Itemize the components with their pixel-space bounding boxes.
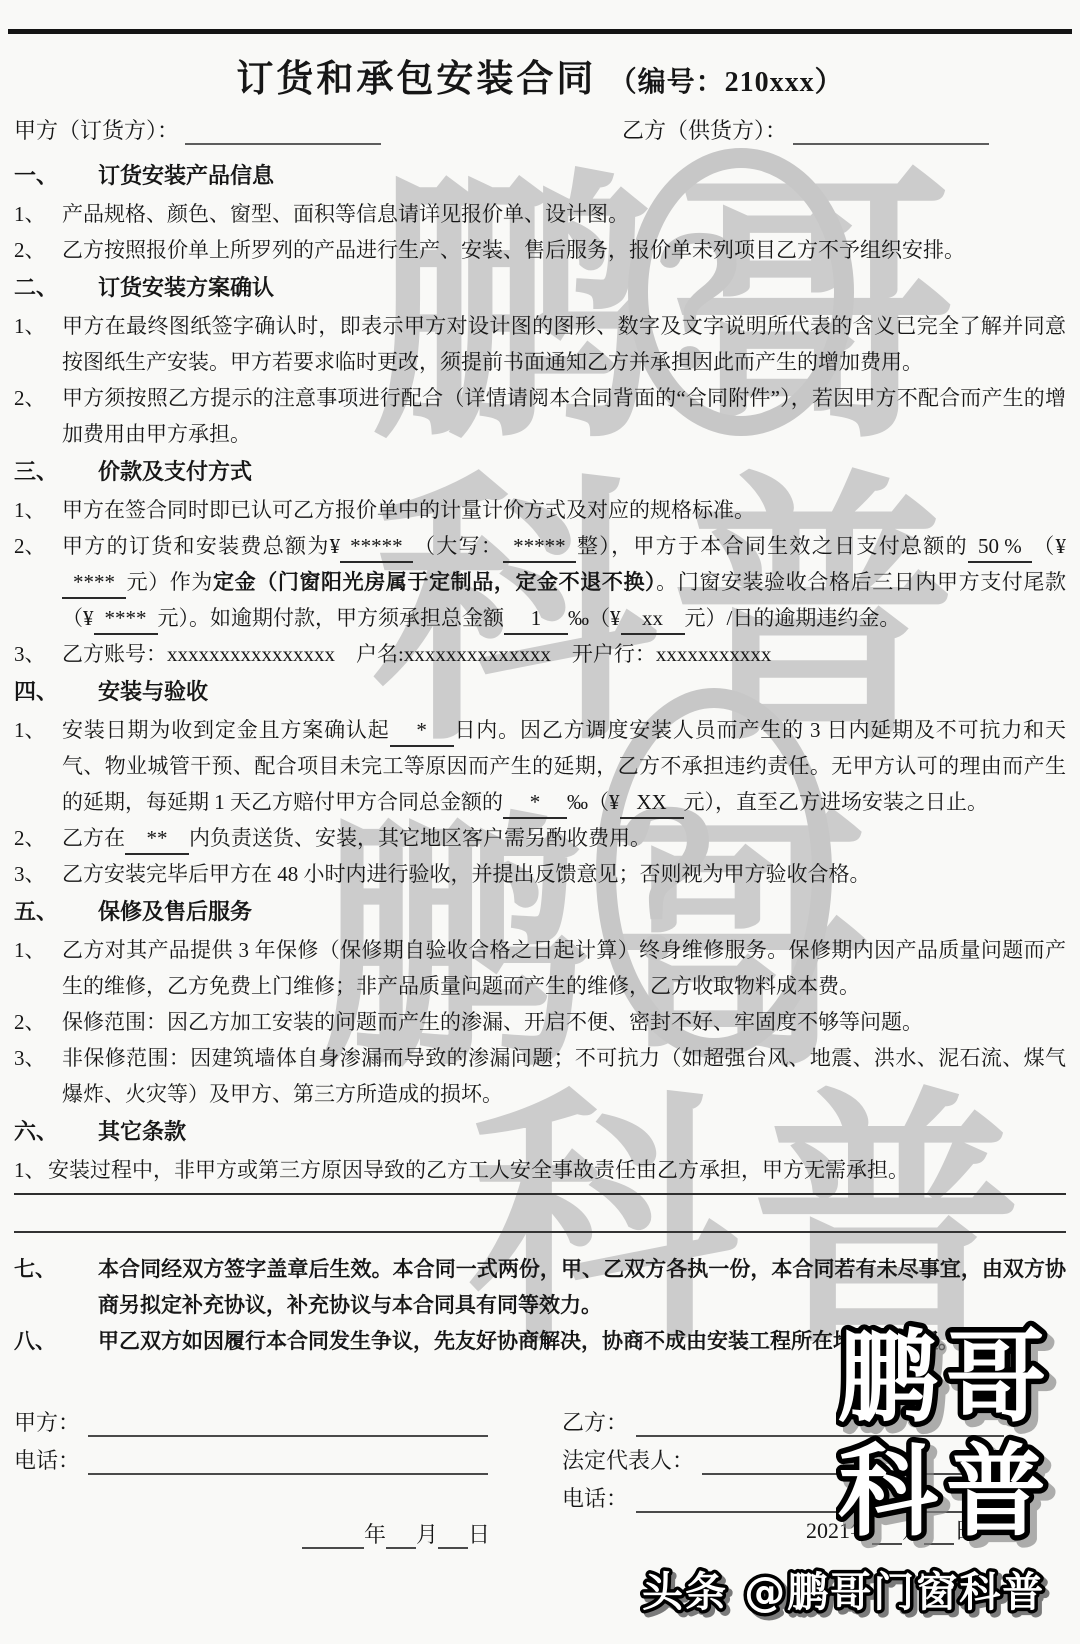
title-text: 订货和承包安装合同 [236,59,596,100]
clause: 2、甲方的订货和安装费总额为¥*****（大写：*****整），甲方于本合同生效… [14,528,1066,636]
clause-text: 元）/日的逾期违约金。 [685,606,901,630]
clause-text: 甲方在最终图纸签字确认时，即表示甲方对设计图的图形、数字及文字说明所代表的含义已… [62,314,1066,374]
section-heading-5: 五、保修及售后服务 [14,892,1066,932]
section-title: 订货安装产品信息 [98,163,274,188]
clause-text: 乙方按照报价单上所罗列的产品进行生产、安装、售后服务，报价单未列项目乙方不予组织… [62,238,965,262]
section-title: 订货安装方案确认 [98,275,274,300]
clause-number: 3、 [14,1040,46,1076]
section-heading-3: 三、价款及支付方式 [14,452,1066,492]
clause-closing: 七、本合同经双方签字盖章后生效。本合同一式两份，甲、乙双方各执一份，本合同若有未… [14,1251,1066,1323]
clause: 2、保修范围：因乙方加工安装的问题而产生的渗漏、开启不便、密封不好、牢固度不够等… [14,1004,1066,1040]
contract-number: （编号：210xxx） [609,67,844,98]
clause-text: （大写： [413,534,504,558]
party-line: 甲方（订货方）： 乙方（供货方）： [14,110,1066,156]
clause: 2、乙方按照报价单上所罗列的产品进行生产、安装、售后服务，报价单未列项目乙方不予… [14,232,1066,268]
fill-in-blank: **** [62,567,126,599]
clause-text: 甲方须按照乙方提示的注意事项进行配合（详情请阅本合同背面的“合同附件”），若因甲… [62,386,1066,446]
clause-text: 产品规格、颜色、窗型、面积等信息请详见报价单、设计图。 [62,202,629,226]
clause: 3、乙方账号：xxxxxxxxxxxxxxxx 户名:xxxxxxxxxxxxx… [14,636,1066,672]
section-number: 一、 [14,156,98,196]
clause-text: 甲方在签合同时即已认可乙方报价单中的计量计价方式及对应的规格标准。 [62,498,755,522]
section-number: 四、 [14,672,98,712]
party-a-blank [185,117,381,145]
clause-number: 1、 [14,196,46,232]
clause-text: ‰（¥ [568,606,621,630]
brand-watermark-svg: 鹏哥 科普 [836,1314,1050,1556]
clause: 1、安装日期为收到定金且方案确认起*日内。因乙方调度安装人员而产生的 3 日内延… [14,712,1066,820]
section-heading-6: 六、其它条款 [14,1112,1066,1152]
clause-text: 乙方安装完毕后甲方在 48 小时内进行验收，并提出反馈意见；否则视为甲方验收合格… [62,862,871,886]
clause-text: 甲方的订货和安装费总额为¥ [62,534,340,558]
footer-watermark: 头条 @鹏哥门窗科普 [640,1562,1072,1625]
party-a-date-field: 年月日 [302,1518,490,1549]
party-a-field: 甲方（订货方）： [14,114,381,145]
clause-text: 甲乙双方如因履行本合同发生争议，先友好协商解决，协商不成由安装工程所在地法院处理… [98,1329,959,1353]
clause-text: 乙方在 [62,826,125,850]
section-heading-4: 四、安装与验收 [14,672,1066,712]
section-title: 价款及支付方式 [98,459,252,484]
section-number: 五、 [14,892,98,932]
section-title: 其它条款 [98,1119,186,1144]
clause-number: 3、 [14,636,46,672]
day-label: 日 [468,1522,490,1547]
brand-watermark: 鹏哥 科普 [836,1314,1050,1561]
clause-text: （¥ [1032,534,1066,558]
party-a-signature-field: 甲方： [14,1406,488,1437]
section-heading-2: 二、订货安装方案确认 [14,268,1066,308]
clause-number: 八、 [14,1323,56,1359]
clause-text: 乙方对其产品提供 3 年保修（保修期自验收合格之日起计算）终身维修服务。保修期内… [62,938,1066,998]
date-blank [386,1523,416,1549]
clause-text: 元）。如逾期付款，甲方须承担总金额 [158,606,505,630]
clause-text: 整），甲方于本合同生效之日支付总额的 [576,534,968,558]
footer-watermark-text: 头条 @鹏哥门窗科普 [642,1568,1045,1616]
fill-in-blank: **** [94,603,158,635]
fill-in-blank: ** [125,823,189,855]
party-a-phone-field: 电话： [14,1444,488,1475]
party-b-phone-label: 电话： [562,1486,628,1511]
party-a-phone-blank [88,1447,488,1475]
party-b-blank [793,117,989,145]
clause-number: 2、 [14,1004,46,1040]
clause: 1、甲方在签合同时即已认可乙方报价单中的计量计价方式及对应的规格标准。 [14,492,1066,528]
fill-in-blank: * [390,715,454,747]
section-number: 三、 [14,452,98,492]
section-title: 保修及售后服务 [98,899,252,924]
contract-title: 订货和承包安装合同 （编号：210xxx） [14,48,1066,102]
section-title: 安装与验收 [98,679,208,704]
clause-number: 七、 [14,1251,56,1287]
watermark-line1: 鹏哥 [838,1319,1050,1436]
section-number: 二、 [14,268,98,308]
clause-text: 安装过程中，非甲方或第三方原因导致的乙方工人安全事故责任由乙方承担，甲方无需承担… [48,1158,909,1182]
year-label: 年 [364,1522,386,1547]
party-a-label: 甲方（订货方）： [14,118,179,143]
party-a-sign-blank [88,1409,488,1437]
clause: 1、甲方在最终图纸签字确认时，即表示甲方对设计图的图形、数字及文字说明所代表的含… [14,308,1066,380]
section-divider-line [14,1231,1066,1233]
footer-watermark-svg: 头条 @鹏哥门窗科普 [640,1562,1072,1620]
fill-in-blank: ***** [503,531,576,563]
top-border-line [8,29,1072,34]
clause-number: 2、 [14,820,46,856]
date-blank [438,1523,468,1549]
clause-text: 元），直至乙方进场安装之日止。 [684,790,989,814]
fill-in-blank: 1 [504,603,568,635]
section-heading-1: 一、订货安装产品信息 [14,156,1066,196]
clause-text: 内负责送货、安装，其它地区客户需另酌收费用。 [189,826,651,850]
clause: 1、乙方对其产品提供 3 年保修（保修期自验收合格之日起计算）终身维修服务。保修… [14,932,1066,1004]
section-number: 六、 [14,1112,98,1152]
contract-page: 鹏哥 科普 鹏哥 科普 ？ ？ 订货和承包安装合同 （编号：210xxx） 甲方… [0,0,1080,1644]
clause-number: 1、 [14,308,46,344]
clause-text: 元）作为 [126,570,213,594]
clause-text: 非保修范围：因建筑墙体自身渗漏而导致的渗漏问题；不可抗力（如超强台风、地震、洪水… [62,1046,1066,1106]
fill-in-blank: xx [621,603,685,635]
fill-in-blank: XX [620,787,684,819]
clause-underlined: 1、安装过程中，非甲方或第三方原因导致的乙方工人安全事故责任由乙方承担，甲方无需… [14,1152,1066,1195]
clause-number: 1、 [14,712,46,748]
party-a-phone-label: 电话： [14,1448,80,1473]
party-b-field: 乙方（供货方）： [622,114,989,145]
clause-text: 本合同经双方签字盖章后生效。本合同一式两份，甲、乙双方各执一份，本合同若有未尽事… [98,1257,1066,1317]
clause-number: 1、 [14,932,46,968]
clause-number: 2、 [14,380,46,416]
clause-text: 保修范围：因乙方加工安装的问题而产生的渗漏、开启不便、密封不好、牢固度不够等问题… [62,1010,923,1034]
contract-body: 订货和承包安装合同 （编号：210xxx） 甲方（订货方）： 乙方（供货方）： … [0,38,1080,1359]
clause-number: 2、 [14,528,46,564]
fill-in-blank: ***** [340,531,413,563]
month-label: 月 [416,1522,438,1547]
clause-number: 1、 [14,492,46,528]
clause-text: 乙方账号：xxxxxxxxxxxxxxxx 户名:xxxxxxxxxxxxxx … [62,642,771,666]
clause: 1、产品规格、颜色、窗型、面积等信息请详见报价单、设计图。 [14,196,1066,232]
fill-in-blank: * [503,787,567,819]
watermark-line2: 科普 [838,1433,1050,1550]
clause-text: ‰（¥ [567,790,620,814]
party-b-label: 乙方（供货方）： [622,118,787,143]
fill-in-blank: 50 % [968,531,1032,563]
clause: 2、甲方须按照乙方提示的注意事项进行配合（详情请阅本合同背面的“合同附件”），若… [14,380,1066,452]
clause: 2、乙方在**内负责送货、安装，其它地区客户需另酌收费用。 [14,820,1066,856]
clause-number: 3、 [14,856,46,892]
party-a-sign-label: 甲方： [14,1410,80,1435]
clause-text: 安装日期为收到定金且方案确认起 [62,718,390,742]
clause: 3、非保修范围：因建筑墙体自身渗漏而导致的渗漏问题；不可抗力（如超强台风、地震、… [14,1040,1066,1112]
clause-number: 1、 [14,1152,46,1188]
date-blank [302,1523,364,1549]
legal-rep-label: 法定代表人： [562,1448,694,1473]
party-b-sign-label: 乙方： [562,1410,628,1435]
clause: 3、乙方安装完毕后甲方在 48 小时内进行验收，并提出反馈意见；否则视为甲方验收… [14,856,1066,892]
clause-number: 2、 [14,232,46,268]
clause-text-bold: 定金（门窗阳光房属于定制品，定金不退不换） [213,570,656,594]
